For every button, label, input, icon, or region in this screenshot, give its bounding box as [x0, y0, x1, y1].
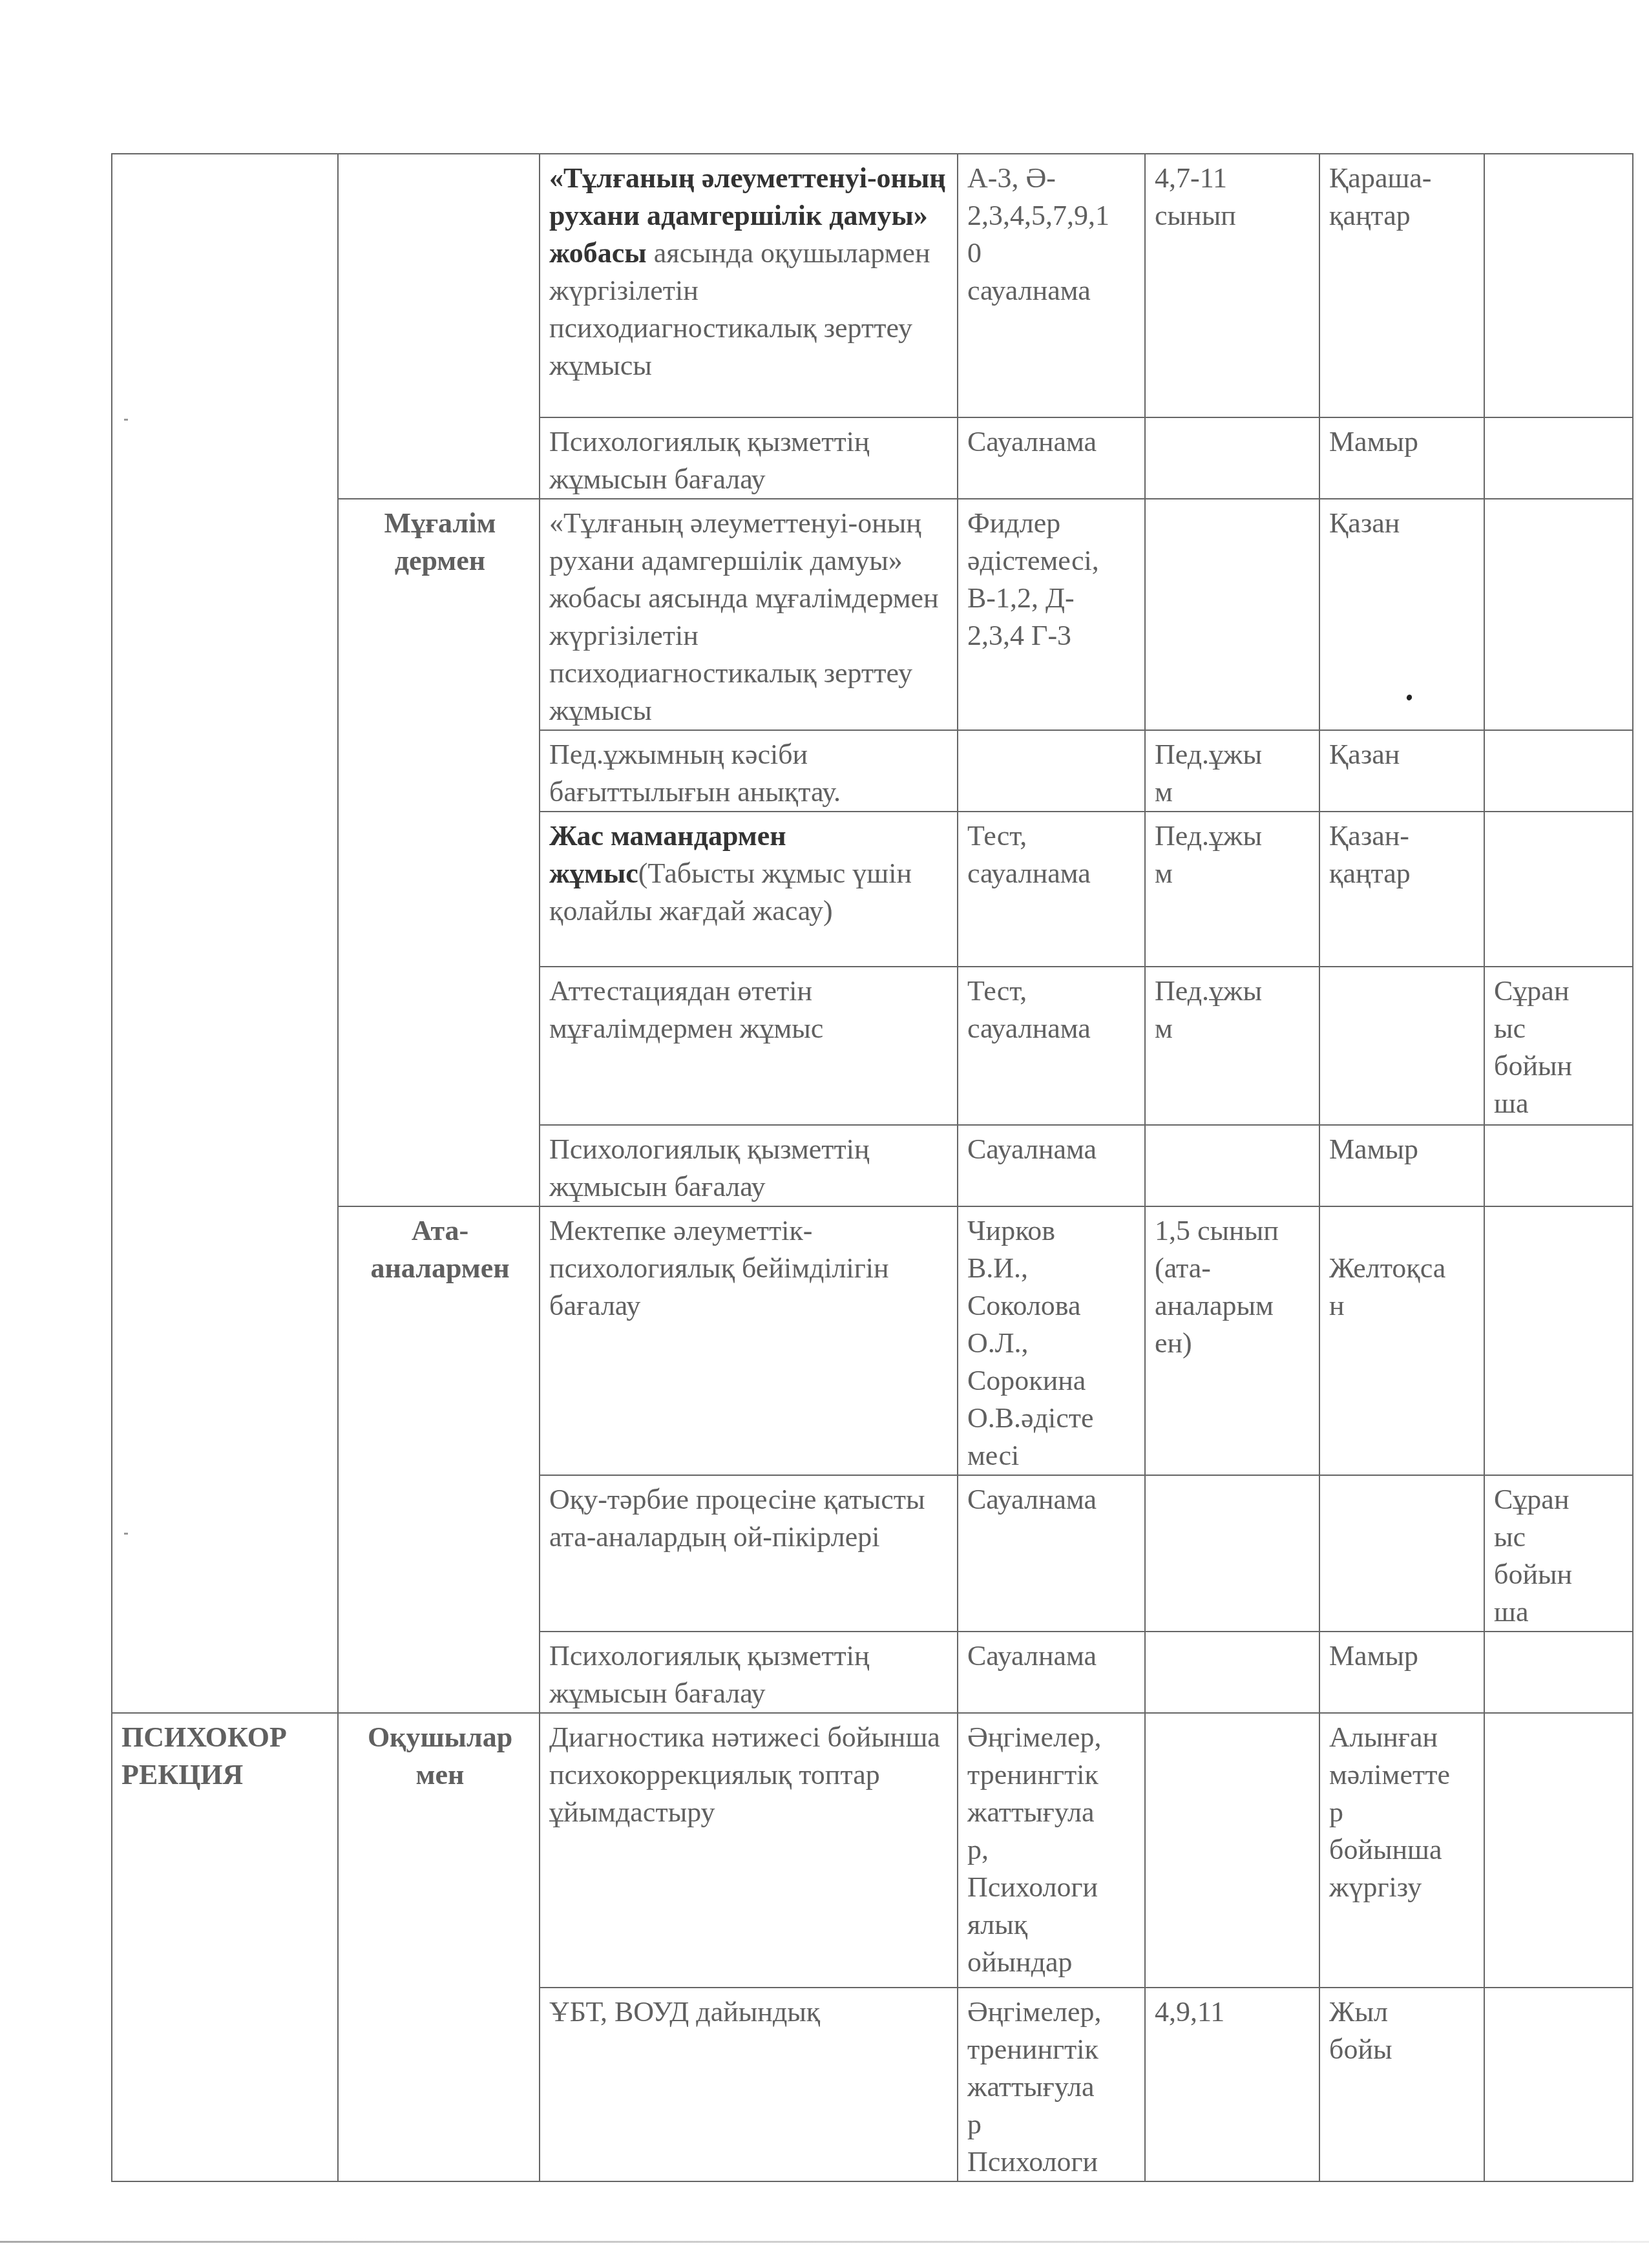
method-cell	[958, 730, 1145, 812]
note-cell	[1484, 1988, 1633, 2181]
target-cell	[1145, 1632, 1319, 1713]
work-plan-table: «Тұлғаның әлеуметтенуі-оның рухани адамг…	[111, 153, 1633, 2182]
method-cell: Әңгімелер, тренингтік жаттығула р, Психо…	[958, 1713, 1145, 1988]
table-row: «Тұлғаның әлеуметтенуі-оның рухани адамг…	[112, 154, 1633, 417]
time-cell: Мамыр	[1319, 1125, 1484, 1206]
table-row: Мұғалім дермен «Тұлғаның әлеуметтенуі-он…	[112, 499, 1633, 730]
note-cell	[1484, 417, 1633, 499]
note-cell	[1484, 1125, 1633, 1206]
method-cell: Сауалнама	[958, 1475, 1145, 1632]
time-cell: Қазан	[1319, 499, 1484, 730]
time-cell: Қараша- қаңтар	[1319, 154, 1484, 417]
group-cell-parents: Ата- аналармен	[338, 1206, 540, 1713]
activity-cell: «Тұлғаның әлеуметтенуі-оның рухани адамг…	[540, 499, 958, 730]
note-cell: Сұран ыс бойын ша	[1484, 1475, 1633, 1632]
time-cell: Мамыр	[1319, 1632, 1484, 1713]
activity-cell: Психологиялық қызметтің жұмысын бағалау	[540, 1632, 958, 1713]
target-cell: Пед.ұжы м	[1145, 967, 1319, 1125]
group-cell-teachers: Мұғалім дермен	[338, 499, 540, 1206]
margin-mark	[124, 1533, 128, 1535]
note-cell	[1484, 1632, 1633, 1713]
activity-cell: Жас мамандармен жұмыс(Табысты жұмыс үшін…	[540, 812, 958, 967]
method-cell: Сауалнама	[958, 1125, 1145, 1206]
target-cell	[1145, 499, 1319, 730]
note-cell: Сұран ыс бойын ша	[1484, 967, 1633, 1125]
time-cell: Қазан	[1319, 730, 1484, 812]
section-cell-diagnostics-cont	[112, 154, 338, 1713]
target-cell: Пед.ұжы м	[1145, 730, 1319, 812]
time-cell: Желтоқса н	[1319, 1206, 1484, 1475]
activity-cell: ҰБТ, ВОУД дайындық	[540, 1988, 958, 2181]
note-cell	[1484, 730, 1633, 812]
method-cell: Әңгімелер, тренингтік жаттығула р Психол…	[958, 1988, 1145, 2181]
group-cell-students-cont	[338, 154, 540, 499]
target-cell	[1145, 1475, 1319, 1632]
note-cell	[1484, 154, 1633, 417]
target-cell: 4,7-11 сынып	[1145, 154, 1319, 417]
time-cell	[1319, 1475, 1484, 1632]
method-cell: Тест, сауалнама	[958, 967, 1145, 1125]
time-cell: Қазан- қаңтар	[1319, 812, 1484, 967]
method-cell: Чирков В.И., Соколова О.Л., Сорокина О.В…	[958, 1206, 1145, 1475]
activity-cell: Пед.ұжымның кәсіби бағыттылығын анықтау.	[540, 730, 958, 812]
scanned-page: «Тұлғаның әлеуметтенуі-оның рухани адамг…	[0, 0, 1649, 2268]
target-cell	[1145, 1125, 1319, 1206]
note-cell	[1484, 812, 1633, 967]
method-cell: Сауалнама	[958, 417, 1145, 499]
section-cell-psychocorrection: ПСИХОКОР РЕКЦИЯ	[112, 1713, 338, 2181]
method-cell: А-3, Ә- 2,3,4,5,7,9,1 0 сауалнама	[958, 154, 1145, 417]
table-row: Ата- аналармен Мектепке әлеуметтік-психо…	[112, 1206, 1633, 1475]
target-cell: 4,9,11	[1145, 1988, 1319, 2181]
note-cell	[1484, 499, 1633, 730]
scan-edge-line	[0, 2241, 1649, 2243]
time-cell: Алынған мәліметте р бойынша жүргізу	[1319, 1713, 1484, 1988]
activity-cell: Психологиялық қызметтің жұмысын бағалау	[540, 1125, 958, 1206]
activity-cell: Мектепке әлеуметтік-психологиялық бейімд…	[540, 1206, 958, 1475]
target-cell: Пед.ұжы м	[1145, 812, 1319, 967]
activity-cell: Психологиялық қызметтің жұмысын бағалау	[540, 417, 958, 499]
method-cell: Тест, сауалнама	[958, 812, 1145, 967]
activity-cell: Оқу-тәрбие процесіне қатысты ата-аналард…	[540, 1475, 958, 1632]
activity-cell: «Тұлғаның әлеуметтенуі-оның рухани адамг…	[540, 154, 958, 417]
table-row: ПСИХОКОР РЕКЦИЯ Оқушылар мен Диагностика…	[112, 1713, 1633, 1988]
activity-cell: Аттестациядан өтетін мұғалімдермен жұмыс	[540, 967, 958, 1125]
time-cell	[1319, 967, 1484, 1125]
group-cell-students: Оқушылар мен	[338, 1713, 540, 2181]
target-cell	[1145, 417, 1319, 499]
method-cell: Фидлер әдістемесі, В-1,2, Д- 2,3,4 Г-3	[958, 499, 1145, 730]
time-cell: Мамыр	[1319, 417, 1484, 499]
note-cell	[1484, 1713, 1633, 1988]
time-cell: Жыл бойы	[1319, 1988, 1484, 2181]
note-cell	[1484, 1206, 1633, 1475]
margin-mark	[124, 419, 128, 421]
activity-cell: Диагностика нәтижесі бойынша психокоррек…	[540, 1713, 958, 1988]
method-cell: Сауалнама	[958, 1632, 1145, 1713]
target-cell: 1,5 сынып (ата- аналарым ен)	[1145, 1206, 1319, 1475]
target-cell	[1145, 1713, 1319, 1988]
